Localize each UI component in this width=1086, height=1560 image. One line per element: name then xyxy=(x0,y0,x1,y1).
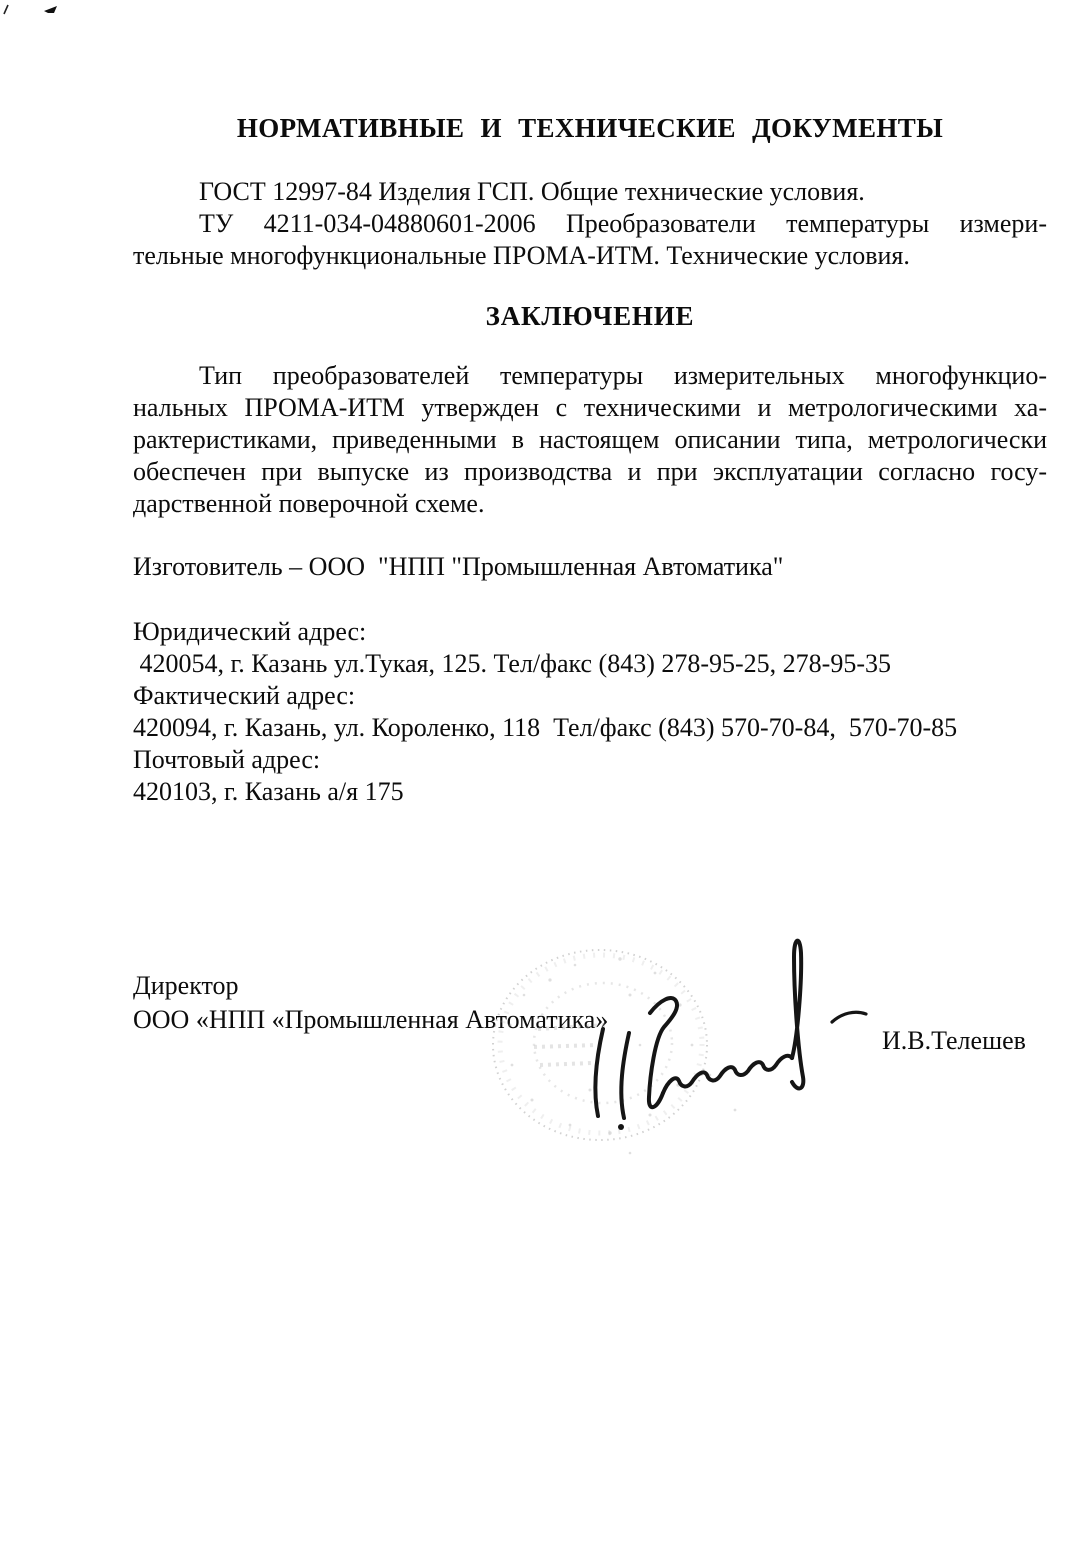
conclusion-line-5: дарственной поверочной схеме. xyxy=(133,488,1047,520)
manufacturer-line: Изготовитель – ООО "НПП "Промышленная Ав… xyxy=(133,551,1047,583)
standards-line-2: ТУ 4211-034-04880601-2006 Преобразовател… xyxy=(133,208,1047,240)
conclusion-line-2: нальных ПРОМА-ИТМ утвержден с технически… xyxy=(133,392,1047,424)
postal-address-label: Почтовый адрес: xyxy=(133,744,1047,776)
signature-icon xyxy=(595,941,866,1130)
stamp-icon xyxy=(493,950,736,1154)
addresses-block: Юридический адрес: 420054, г. Казань ул.… xyxy=(133,616,1047,808)
standards-line-3: тельные многофункциональные ПРОМА-ИТМ. Т… xyxy=(133,240,1047,272)
conclusion-line-4: обеспечен при выпуске из производства и … xyxy=(133,456,1047,488)
legal-address-value: 420054, г. Казань ул.Тукая, 125. Тел/фак… xyxy=(133,648,1047,680)
document-page: НОРМАТИВНЫЕ И ТЕХНИЧЕСКИЕ ДОКУМЕНТЫ ГОСТ… xyxy=(0,0,1086,1560)
actual-address-label: Фактический адрес: xyxy=(133,680,1047,712)
manufacturer-text: Изготовитель – ООО "НПП "Промышленная Ав… xyxy=(133,551,1047,583)
conclusion-line-3: рактеристиками, приведенными в настоящем… xyxy=(133,424,1047,456)
conclusion-paragraph: Тип преобразователей температуры измерит… xyxy=(133,360,1047,520)
postal-address-value: 420103, г. Казань а/я 175 xyxy=(133,776,1047,808)
speck-blob xyxy=(44,6,57,13)
legal-address-label: Юридический адрес: xyxy=(133,616,1047,648)
scan-artifact-specks xyxy=(0,0,90,30)
signature-area xyxy=(480,925,880,1165)
standards-paragraph: ГОСТ 12997-84 Изделия ГСП. Общие техниче… xyxy=(133,176,1047,272)
conclusion-heading: ЗАКЛЮЧЕНИЕ xyxy=(133,301,1047,332)
standards-line-1: ГОСТ 12997-84 Изделия ГСП. Общие техниче… xyxy=(133,176,1047,208)
signatory-name: И.В.Телешев xyxy=(882,1026,1026,1056)
document-title: НОРМАТИВНЫЕ И ТЕХНИЧЕСКИЕ ДОКУМЕНТЫ xyxy=(133,113,1047,144)
conclusion-line-1: Тип преобразователей температуры измерит… xyxy=(133,360,1047,392)
actual-address-value: 420094, г. Казань, ул. Короленко, 118 Те… xyxy=(133,712,1047,744)
speck-tick xyxy=(4,5,8,14)
